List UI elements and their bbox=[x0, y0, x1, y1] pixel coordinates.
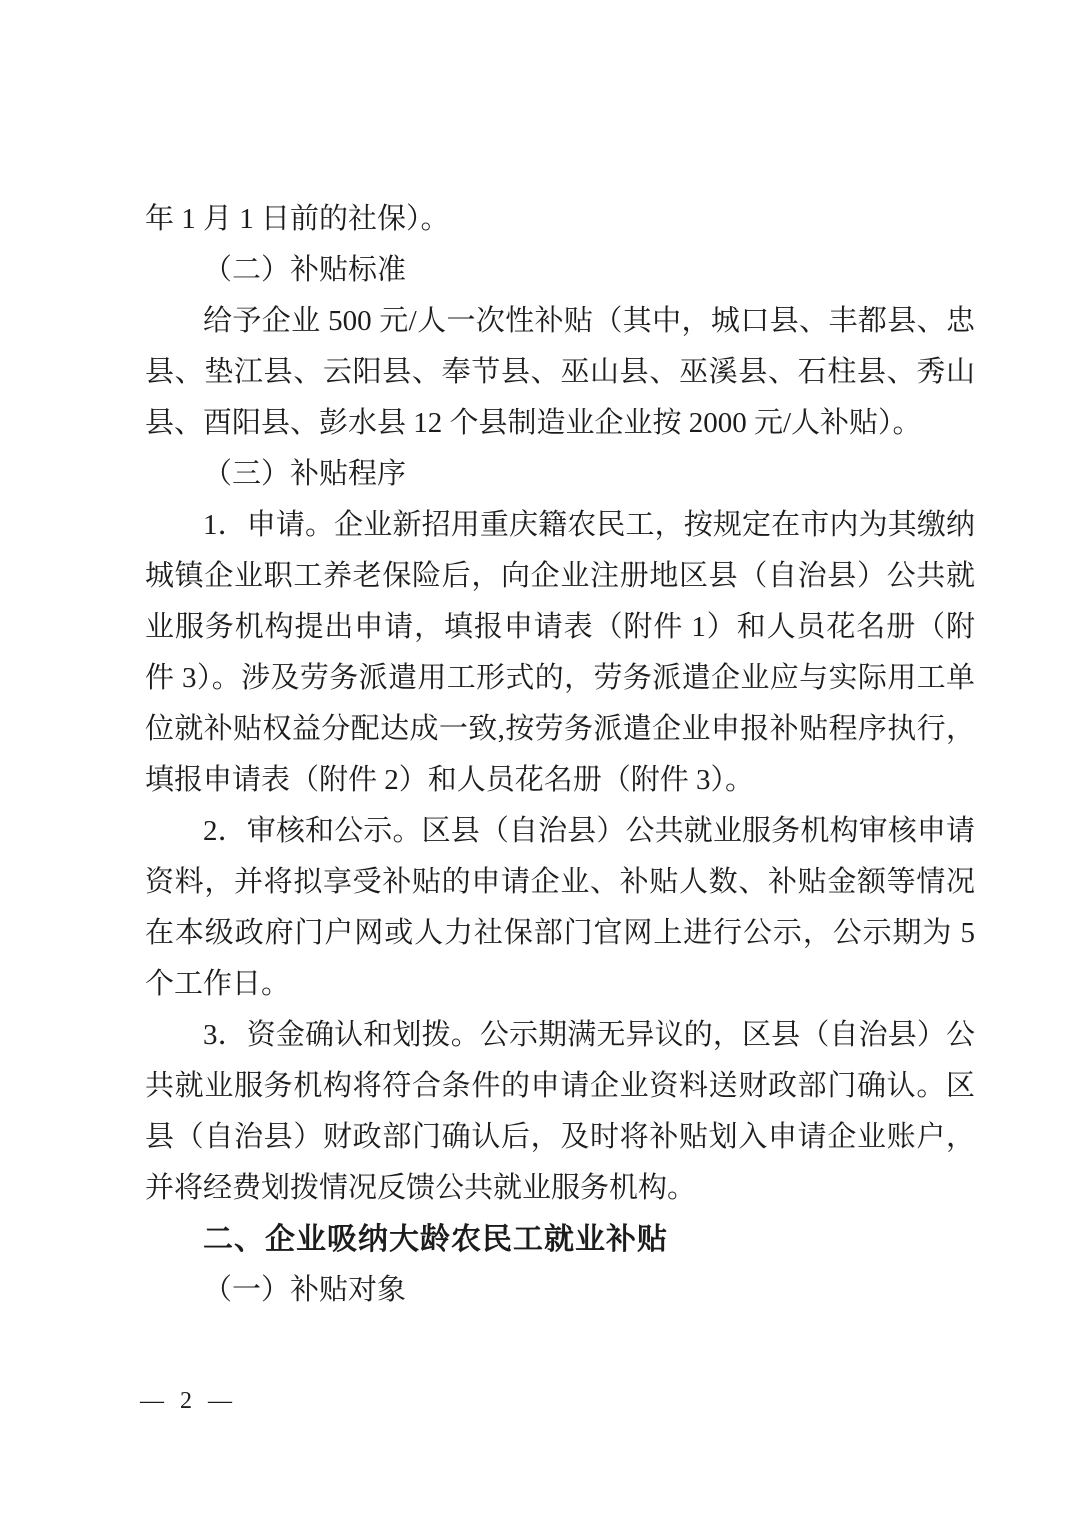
body-line: 在本级政府门户网或人力社保部门官网上进行公示，公示期为 5 bbox=[145, 908, 975, 959]
subsection-heading: （二）补贴标准 bbox=[145, 245, 975, 296]
section-heading: 二、企业吸纳大龄农民工就业补贴 bbox=[145, 1214, 975, 1265]
page-number: — 2 — bbox=[140, 1381, 237, 1421]
body-line: 城镇企业职工养老保险后，向企业注册地区县（自治县）公共就 bbox=[145, 551, 975, 602]
body-line: 共就业服务机构将符合条件的申请企业资料送财政部门确认。区 bbox=[145, 1061, 975, 1112]
body-line: 3．资金确认和划拨。公示期满无异议的，区县（自治县）公 bbox=[145, 1010, 975, 1061]
body-line: 县、酉阳县、彭水县 12 个县制造业企业按 2000 元/人补贴）。 bbox=[145, 398, 975, 449]
subsection-heading: （三）补贴程序 bbox=[145, 449, 975, 500]
body-line: 资料，并将拟享受补贴的申请企业、补贴人数、补贴金额等情况 bbox=[145, 857, 975, 908]
body-line: 并将经费划拨情况反馈公共就业服务机构。 bbox=[145, 1163, 975, 1214]
body-line: 县、垫江县、云阳县、奉节县、巫山县、巫溪县、石柱县、秀山 bbox=[145, 347, 975, 398]
subsection-heading: （一）补贴对象 bbox=[145, 1265, 975, 1316]
body-line: 1．申请。企业新招用重庆籍农民工，按规定在市内为其缴纳 bbox=[145, 500, 975, 551]
body-line: 给予企业 500 元/人一次性补贴（其中，城口县、丰都县、忠 bbox=[145, 296, 975, 347]
body-line: 位就补贴权益分配达成一致,按劳务派遣企业申报补贴程序执行， bbox=[145, 704, 975, 755]
body-line: 年 1 月 1 日前的社保）。 bbox=[145, 194, 975, 245]
body-line: 件 3）。涉及劳务派遣用工形式的，劳务派遣企业应与实际用工单 bbox=[145, 653, 975, 704]
body-line: 2．审核和公示。区县（自治县）公共就业服务机构审核申请 bbox=[145, 806, 975, 857]
body-line: 个工作日。 bbox=[145, 959, 975, 1010]
body-line: 填报申请表（附件 2）和人员花名册（附件 3）。 bbox=[145, 755, 975, 806]
body-line: 业服务机构提出申请，填报申请表（附件 1）和人员花名册（附 bbox=[145, 602, 975, 653]
body-line: 县（自治县）财政部门确认后，及时将补贴划入申请企业账户， bbox=[145, 1112, 975, 1163]
document-body: 年 1 月 1 日前的社保）。 （二）补贴标准 给予企业 500 元/人一次性补… bbox=[145, 194, 975, 1316]
document-page: 年 1 月 1 日前的社保）。 （二）补贴标准 给予企业 500 元/人一次性补… bbox=[0, 0, 1075, 1520]
